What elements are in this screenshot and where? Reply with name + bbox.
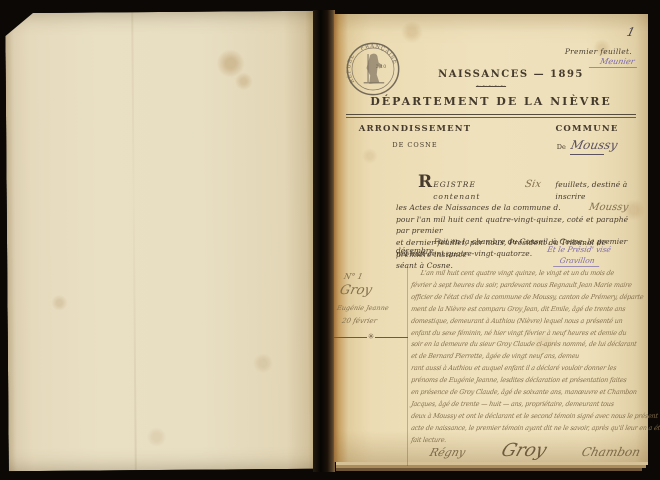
page-crease [131,12,137,470]
act-line: en présence de Groy Claude, âgé de soixa… [410,387,635,399]
registre-initial: R [418,177,432,187]
signatures-row: Régny Groy Chambon [430,440,640,461]
president-initial-signature: Meunier [588,57,639,68]
act-line: rant aussi à Authiou et auquel enfant il… [410,363,635,375]
annotation-signature: Gravillon [553,256,602,267]
registre-line3: pour l'an mil huit cent quatre-vingt-qui… [396,214,643,237]
witness-signature: Chambon [580,445,642,459]
act-firstnames: Eugénie Jeanne [336,304,389,312]
act-line: enfant du sexe féminin, né hier vingt fé… [410,328,635,340]
act-line: L'an mil huit cent quatre vingt quinze, … [410,268,635,280]
mayor-signature: Régny [428,446,467,459]
registre-line1a: EGISTRE contenant [433,179,511,202]
register-scan: RÉPUBLIQUE FRANÇAISE 2,10 1 Premier feui… [0,0,660,480]
act-line: deux à Moussy et ont le déclarant et le … [410,411,635,423]
feuillets-count-handwritten: Six [524,179,542,191]
act-line: février à sept heures du soir, pardevant… [410,280,635,292]
registre-line1b: feuillets, destiné à inscrire [555,179,643,202]
sheet-edge [336,468,642,471]
star-glyph: ✳ [367,334,376,340]
struck-out-word: ~~~~~ [334,83,648,90]
commune-de-label: De [557,143,566,151]
left-blank-page [5,11,318,471]
arrondissement-value: DE COSNE [350,141,480,149]
double-rule-divider [346,114,636,118]
act-line: soir en la demeure du sieur Groy Claude … [410,339,635,351]
declarant-signature: Groy [498,440,549,461]
commune-underline [570,154,604,155]
arrondissement-label: ARRONDISSEMENT [350,124,480,134]
act-number: N° 1 [343,272,364,281]
fait-clause-line2: mil huit cent quatre-vingt-quatorze. [396,249,532,258]
commune-label: COMMUNE [522,124,652,134]
act-line: et de Bernard Pierrette, âgée de vingt n… [410,351,635,363]
commune-handwritten-name: Moussy [569,138,618,152]
premier-feuillet-label: Premier feuillet. [565,47,632,56]
commune-name-handwritten: Moussy [588,202,629,214]
act-line: Jacques, âgé de trente — huit — ans, pro… [410,399,635,411]
annotation-line1: Et le Présid' visé [522,245,636,254]
act-line: officier de l'état civil de la commune d… [410,292,635,304]
president-annotation: Et le Présid' visé Gravillon [520,245,636,267]
svg-text:RÉPUBLIQUE: RÉPUBLIQUE [345,41,356,84]
svg-text:FRANÇAISE: FRANÇAISE [360,43,399,65]
act-line: domestique, demeurant à Authiou (Nièvre)… [410,316,635,328]
birth-act-text: L'an mil huit cent quatre vingt quinze, … [411,268,646,447]
book-gutter [313,10,335,472]
act-line: ment de la Nièvre est comparu Groy Jean,… [410,304,635,316]
margin-vertical-rule [407,266,408,466]
arrondissement-block: ARRONDISSEMENT DE COSNE [350,124,480,149]
naissances-title: NAISSANCES — 1895 [374,69,648,80]
folio-number: 1 [626,25,637,39]
act-line: acte de naissance, le premier témoin aya… [410,423,635,435]
departement-title: DÉPARTEMENT DE LA NIÈVRE [334,95,648,108]
act-surname: Groy [338,283,374,298]
act-date: 20 février [341,317,378,325]
registre-line2a: les Actes de Naissances de la commune d. [396,203,561,212]
register-title-page: RÉPUBLIQUE FRANÇAISE 2,10 1 Premier feui… [334,14,648,462]
commune-block: COMMUNE De Moussy [522,124,652,155]
margin-star-divider: ✳ [334,334,408,340]
act-line: prénoms de Eugénie Jeanne, lesdites décl… [410,375,635,387]
